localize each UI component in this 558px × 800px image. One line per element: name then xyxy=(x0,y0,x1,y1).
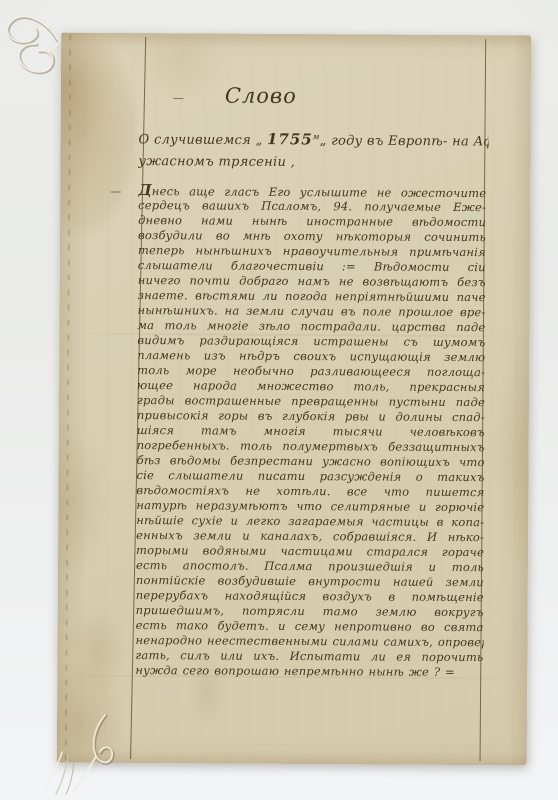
photo-background: — Слово О случившемся „ 1755м„ году въ Е… xyxy=(0,0,558,800)
binding-seam xyxy=(65,35,71,761)
manuscript-page: — Слово О случившемся „ 1755м„ году въ Е… xyxy=(57,33,531,766)
subtitle-prefix: О случившемся „ xyxy=(139,132,267,148)
subtitle-rest: „ году въ Европѣ- на Афрікѣ xyxy=(320,133,489,149)
thread-top-left xyxy=(7,17,60,73)
subtitle-line-1: О случившемся „ 1755м„ году въ Европѣ- н… xyxy=(139,125,489,153)
manuscript-line: нужда сего вопрошаю непремѣнно нынѣ же ?… xyxy=(135,663,483,680)
subtitle-line-2: ужасномъ трясеніи , xyxy=(138,151,488,175)
subtitle: О случившемся „ 1755м„ году въ Европѣ- н… xyxy=(138,125,488,175)
manuscript-body: Днесь аще гласъ Его услышите не ожесточи… xyxy=(135,183,486,680)
paragraph-mark: — xyxy=(110,185,121,198)
subtitle-year: 1755 xyxy=(267,130,313,148)
title-dash-mark: — xyxy=(173,91,184,104)
page-title: Слово xyxy=(201,83,321,108)
